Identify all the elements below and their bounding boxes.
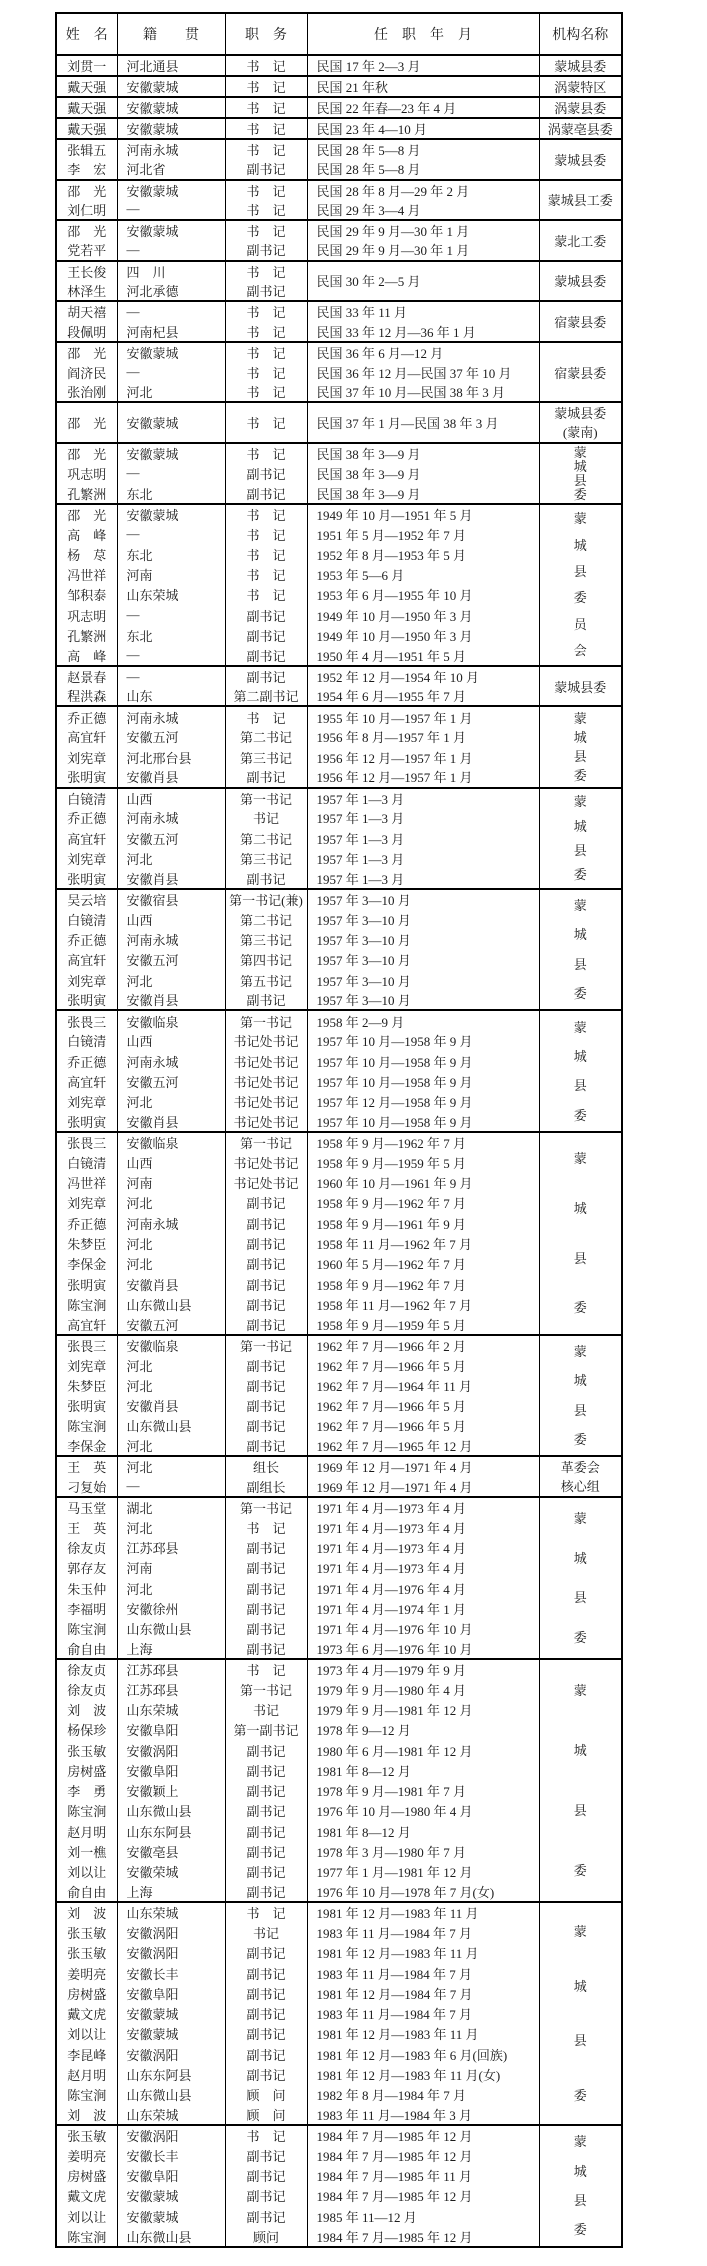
- name-cell: 朱梦臣: [56, 1375, 117, 1395]
- column-header-origin: 籍 贯: [117, 13, 225, 55]
- table-row: 冯世祥河南书 记1953 年 5—6 月: [56, 565, 622, 585]
- table-row: 张畏三安徽临泉第一书记1958 年 2—9 月蒙城县委: [56, 1010, 622, 1030]
- table-row: 杨保珍安徽阜阳第一副书记1978 年 9—12 月: [56, 1720, 622, 1740]
- name-cell: 刁复始: [56, 1477, 117, 1497]
- position-cell: 副书记: [225, 1639, 307, 1659]
- table-row: 张玉敏安徽涡阳书 记1984 年 7 月—1985 年 12 月蒙城县委: [56, 2125, 622, 2145]
- name-cell: 刘宪章: [56, 1355, 117, 1375]
- origin-cell: 安徽涡阳: [117, 1922, 225, 1942]
- origin-cell: 河北: [117, 1578, 225, 1598]
- org-vertical-label: 蒙城县委: [540, 789, 622, 886]
- name-cell: 张治刚: [56, 382, 117, 402]
- org-cell: 蒙城县委员会: [539, 504, 622, 666]
- name-cell: 邵 光: [56, 402, 117, 443]
- date-cell: 1957 年 3—10 月: [307, 950, 539, 970]
- table-row: 李昆峰安徽涡阳副书记1981 年 12 月—1983 年 6 月(回族): [56, 2044, 622, 2064]
- name-cell: 戴文虎: [56, 2186, 117, 2206]
- origin-cell: 东北: [117, 625, 225, 645]
- date-cell: 1981 年 12 月—1983 年 11 月: [307, 1943, 539, 1963]
- name-cell: 白镜清: [56, 1152, 117, 1172]
- name-cell: 俞自由: [56, 1882, 117, 1902]
- date-cell: 1983 年 11 月—1984 年 7 月: [307, 2003, 539, 2023]
- origin-cell: 安徽肖县: [117, 1395, 225, 1415]
- origin-cell: 山东微山县: [117, 1618, 225, 1638]
- name-cell: 陈宝涧: [56, 2085, 117, 2105]
- position-cell: 副书记: [225, 1314, 307, 1334]
- org-vertical-label: 蒙城县委: [540, 1661, 622, 1900]
- name-cell: 林泽生: [56, 281, 117, 301]
- name-cell: 房树盛: [56, 1983, 117, 2003]
- name-cell: 张畏三: [56, 1010, 117, 1030]
- position-cell: 副书记: [225, 1558, 307, 1578]
- name-cell: 冯世祥: [56, 565, 117, 585]
- origin-cell: 河南: [117, 565, 225, 585]
- origin-cell: 河北省: [117, 159, 225, 179]
- name-cell: 戴文虎: [56, 2003, 117, 2023]
- date-cell: 民国 38 年 3—9 月: [307, 484, 539, 504]
- table-row: 陈宝涧山东微山县副书记1976 年 10 月—1980 年 4 月: [56, 1801, 622, 1821]
- org-cell: 蒙城县委: [539, 1902, 622, 2125]
- date-cell: 1969 年 12 月—1971 年 4 月: [307, 1477, 539, 1497]
- origin-cell: 安徽长丰: [117, 2145, 225, 2165]
- table-row: 徐友贞江苏邳县书 记1973 年 4 月—1979 年 9 月蒙城县委: [56, 1659, 622, 1679]
- name-cell: 刘仁明: [56, 200, 117, 220]
- org-cell: 蒙城县委: [539, 139, 622, 180]
- position-cell: 副书记: [225, 240, 307, 260]
- position-cell: 书 记: [225, 139, 307, 159]
- date-cell: 1971 年 4 月—1976 年 4 月: [307, 1578, 539, 1598]
- name-cell: 戴天强: [56, 97, 117, 118]
- date-cell: 1957 年 1—3 月: [307, 869, 539, 889]
- table-row: 房树盛安徽阜阳副书记1981 年 12 月—1984 年 7 月: [56, 1983, 622, 2003]
- name-cell: 段佩明: [56, 321, 117, 341]
- date-cell: 1958 年 11 月—1962 年 7 月: [307, 1294, 539, 1314]
- name-cell: 刘宪章: [56, 848, 117, 868]
- name-cell: 张明寅: [56, 1112, 117, 1132]
- origin-cell: 安徽五河: [117, 828, 225, 848]
- name-cell: 张明寅: [56, 990, 117, 1010]
- date-cell: 1981 年 12 月—1983 年 11 月: [307, 1902, 539, 1922]
- org-vertical-label: 蒙城县委: [540, 1904, 622, 2123]
- name-cell: 高宜轩: [56, 1314, 117, 1334]
- name-cell: 陈宝涧: [56, 1801, 117, 1821]
- org-cell: 蒙城县委: [539, 788, 622, 889]
- position-cell: 书记处书记: [225, 1071, 307, 1091]
- table-row: 俞自由上海副书记1976 年 10 月—1978 年 7 月(女): [56, 1882, 622, 1902]
- date-cell: 1984 年 7 月—1985 年 11 月: [307, 2166, 539, 2186]
- name-cell: 李 勇: [56, 1781, 117, 1801]
- table-row: 白镜清山西第二书记1957 年 3—10 月: [56, 909, 622, 929]
- name-cell: 张畏三: [56, 1132, 117, 1152]
- position-cell: 第三书记: [225, 929, 307, 949]
- name-cell: 冯世祥: [56, 1173, 117, 1193]
- date-cell: 1976 年 10 月—1980 年 4 月: [307, 1801, 539, 1821]
- name-cell: 王 英: [56, 1517, 117, 1537]
- name-cell: 高宜轩: [56, 828, 117, 848]
- name-cell: 李保金: [56, 1436, 117, 1456]
- origin-cell: 江苏邳县: [117, 1679, 225, 1699]
- name-cell: 马玉堂: [56, 1497, 117, 1517]
- name-cell: 乔正德: [56, 1051, 117, 1071]
- position-cell: 副书记: [225, 767, 307, 787]
- origin-cell: 河北: [117, 970, 225, 990]
- name-cell: 乔正德: [56, 929, 117, 949]
- name-cell: 王长俊: [56, 261, 117, 281]
- date-cell: 民国 29 年 3—4 月: [307, 200, 539, 220]
- name-cell: 孔繁洲: [56, 625, 117, 645]
- table-row: 徐友贞江苏邳县第一书记1979 年 9 月—1980 年 4 月: [56, 1679, 622, 1699]
- table-row: 刘宪章河北副书记1958 年 9 月—1962 年 7 月: [56, 1193, 622, 1213]
- table-row: 张治刚河北书 记民国 37 年 10 月—民国 38 年 3 月: [56, 382, 622, 402]
- date-cell: 1971 年 4 月—1973 年 4 月: [307, 1558, 539, 1578]
- position-cell: 副书记: [225, 2186, 307, 2206]
- table-row: 王长俊四 川书 记民国 30 年 2—5 月蒙城县委: [56, 261, 622, 281]
- origin-cell: 河北: [117, 848, 225, 868]
- date-cell: 1957 年 3—10 月: [307, 889, 539, 909]
- table-row: 刘宪章河北第五书记1957 年 3—10 月: [56, 970, 622, 990]
- org-cell: 蒙城县委: [539, 1659, 622, 1902]
- name-cell: 刘一樵: [56, 1841, 117, 1861]
- name-cell: 刘宪章: [56, 1193, 117, 1213]
- origin-cell: 安徽荣城: [117, 1862, 225, 1882]
- header-row: 姓 名 籍 贯 职 务 任 职 年 月 机构名称: [56, 13, 622, 55]
- table-row: 王 英河北书 记1971 年 4 月—1973 年 4 月: [56, 1517, 622, 1537]
- position-cell: 书记处书记: [225, 1051, 307, 1071]
- org-cell: 蒙城县委: [539, 1497, 622, 1659]
- column-header-org: 机构名称: [539, 13, 622, 55]
- origin-cell: 河北通县: [117, 55, 225, 76]
- date-cell: 1969 年 12 月—1971 年 4 月: [307, 1456, 539, 1476]
- date-cell: 民国 29 年 9 月—30 年 1 月: [307, 240, 539, 260]
- table-row: 张明寅安徽肖县副书记1956 年 12 月—1957 年 1 月: [56, 767, 622, 787]
- org-cell: 宿蒙县委: [539, 301, 622, 342]
- date-cell: 民国 33 年 12 月—36 年 1 月: [307, 321, 539, 341]
- origin-cell: 河北: [117, 1092, 225, 1112]
- position-cell: 副书记: [225, 1294, 307, 1314]
- name-cell: 刘贯一: [56, 55, 117, 76]
- org-cell: 蒙城县委: [539, 443, 622, 504]
- position-cell: 副书记: [225, 2145, 307, 2165]
- position-cell: 副书记: [225, 1862, 307, 1882]
- origin-cell: 河北承德: [117, 281, 225, 301]
- name-cell: 白镜清: [56, 909, 117, 929]
- origin-cell: 安徽蒙城: [117, 2003, 225, 2023]
- origin-cell: 安徽蒙城: [117, 2186, 225, 2206]
- date-cell: 1956 年 12 月—1957 年 1 月: [307, 747, 539, 767]
- origin-cell: —: [117, 605, 225, 625]
- name-cell: 邵 光: [56, 342, 117, 362]
- position-cell: 副书记: [225, 2024, 307, 2044]
- origin-cell: 山东荣城: [117, 1902, 225, 1922]
- origin-cell: 河北: [117, 1233, 225, 1253]
- date-cell: 1976 年 10 月—1978 年 7 月(女): [307, 1882, 539, 1902]
- name-cell: 张玉敏: [56, 1943, 117, 1963]
- origin-cell: 山东荣城: [117, 585, 225, 605]
- table-row: 朱玉仲河北副书记1971 年 4 月—1976 年 4 月: [56, 1578, 622, 1598]
- date-cell: 1949 年 10 月—1950 年 3 月: [307, 605, 539, 625]
- date-cell: 1958 年 2—9 月: [307, 1010, 539, 1030]
- position-cell: 书 记: [225, 1517, 307, 1537]
- org-vertical-label: 蒙城县委员会: [540, 506, 622, 664]
- table-row: 巩志明—副书记1949 年 10 月—1950 年 3 月: [56, 605, 622, 625]
- origin-cell: 安徽颖上: [117, 1781, 225, 1801]
- position-cell: 书 记: [225, 97, 307, 118]
- date-cell: 1957 年 10 月—1958 年 9 月: [307, 1071, 539, 1091]
- position-cell: 第一书记: [225, 1010, 307, 1030]
- table-row: 刘贯一河北通县书 记民国 17 年 2—3 月蒙城县委: [56, 55, 622, 76]
- scanned-document-page: 姓 名 籍 贯 职 务 任 职 年 月 机构名称 刘贯一河北通县书 记民国 17…: [0, 0, 707, 2266]
- date-cell: 1953 年 5—6 月: [307, 565, 539, 585]
- table-row: 李保金河北副书记1960 年 5 月—1962 年 7 月: [56, 1254, 622, 1274]
- name-cell: 张明寅: [56, 1274, 117, 1294]
- table-row: 姜明亮安徽长丰副书记1983 年 11 月—1984 年 7 月: [56, 1963, 622, 1983]
- date-cell: 1983 年 11 月—1984 年 3 月: [307, 2105, 539, 2125]
- origin-cell: 上海: [117, 1882, 225, 1902]
- table-row: 孔繁洲东北副书记1949 年 10 月—1950 年 3 月: [56, 625, 622, 645]
- date-cell: 1982 年 8 月—1984 年 7 月: [307, 2085, 539, 2105]
- position-cell: 组长: [225, 1456, 307, 1476]
- table-row: 邵 光安徽蒙城书 记民国 36 年 6 月—12 月宿蒙县委: [56, 342, 622, 362]
- date-cell: 1949 年 10 月—1950 年 3 月: [307, 625, 539, 645]
- date-cell: 1981 年 8—12 月: [307, 1821, 539, 1841]
- position-cell: 书 记: [225, 301, 307, 321]
- position-cell: 副书记: [225, 1801, 307, 1821]
- table-row: 戴文虎安徽蒙城副书记1984 年 7 月—1985 年 12 月: [56, 2186, 622, 2206]
- name-cell: 高宜轩: [56, 1071, 117, 1091]
- date-cell: 1962 年 7 月—1966 年 5 月: [307, 1395, 539, 1415]
- position-cell: 副书记: [225, 2003, 307, 2023]
- org-label: 革委会核心组: [540, 1458, 622, 1496]
- origin-cell: 河南: [117, 1558, 225, 1578]
- position-cell: 副书记: [225, 159, 307, 179]
- table-row: 邵 光安徽蒙城书 记民国 29 年 9 月—30 年 1 月蒙北工委: [56, 220, 622, 240]
- date-cell: 1957 年 10 月—1958 年 9 月: [307, 1031, 539, 1051]
- name-cell: 程洪森: [56, 686, 117, 706]
- position-cell: 副书记: [225, 1355, 307, 1375]
- origin-cell: 河北: [117, 1355, 225, 1375]
- table-row: 阎济民—书 记民国 36 年 12 月—民国 37 年 10 月: [56, 362, 622, 382]
- table-row: 刘以让安徽荣城副书记1977 年 1 月—1981 年 12 月: [56, 1862, 622, 1882]
- origin-cell: 河南永城: [117, 139, 225, 159]
- origin-cell: 安徽肖县: [117, 1274, 225, 1294]
- origin-cell: 山东微山县: [117, 2226, 225, 2246]
- name-cell: 邹积泰: [56, 585, 117, 605]
- position-cell: 第三书记: [225, 747, 307, 767]
- name-cell: 李福明: [56, 1598, 117, 1618]
- table-row: 戴天强安徽蒙城书 记民国 23 年 4—10 月涡蒙亳县委: [56, 118, 622, 139]
- date-cell: 1981 年 12 月—1983 年 11 月: [307, 2024, 539, 2044]
- table-row: 张明寅安徽肖县副书记1957 年 3—10 月: [56, 990, 622, 1010]
- date-cell: 1956 年 8 月—1957 年 1 月: [307, 727, 539, 747]
- name-cell: 高 峰: [56, 524, 117, 544]
- date-cell: 1979 年 9 月—1980 年 4 月: [307, 1679, 539, 1699]
- origin-cell: 安徽蒙城: [117, 402, 225, 443]
- origin-cell: 安徽肖县: [117, 1112, 225, 1132]
- table-row: 高宜轩安徽五河第四书记1957 年 3—10 月: [56, 950, 622, 970]
- origin-cell: 安徽临泉: [117, 1132, 225, 1152]
- table-row: 程洪森山东第二副书记1954 年 6 月—1955 年 7 月: [56, 686, 622, 706]
- date-cell: 1984 年 7 月—1985 年 12 月: [307, 2186, 539, 2206]
- origin-cell: 山东微山县: [117, 1801, 225, 1821]
- name-cell: 张畏三: [56, 1335, 117, 1355]
- position-cell: 第一副书记: [225, 1720, 307, 1740]
- origin-cell: 安徽蒙城: [117, 220, 225, 240]
- origin-cell: 上海: [117, 1639, 225, 1659]
- date-cell: 1984 年 7 月—1985 年 12 月: [307, 2226, 539, 2246]
- table-row: 张明寅安徽肖县副书记1962 年 7 月—1966 年 5 月: [56, 1395, 622, 1415]
- position-cell: 第二书记: [225, 727, 307, 747]
- date-cell: 1949 年 10 月—1951 年 5 月: [307, 504, 539, 524]
- table-row: 马玉堂湖北第一书记1971 年 4 月—1973 年 4 月蒙城县委: [56, 1497, 622, 1517]
- origin-cell: 安徽阜阳: [117, 2166, 225, 2186]
- position-cell: 书 记: [225, 585, 307, 605]
- name-cell: 高 峰: [56, 646, 117, 666]
- table-row: 白镜清山西第一书记1957 年 1—3 月蒙城县委: [56, 788, 622, 808]
- org-cell: 蒙城县委: [539, 1335, 622, 1457]
- org-vertical-label: 蒙城县委: [540, 891, 622, 1009]
- position-cell: 副书记: [225, 1943, 307, 1963]
- origin-cell: —: [117, 301, 225, 321]
- date-cell: 1983 年 11 月—1984 年 7 月: [307, 1922, 539, 1942]
- position-cell: 书 记: [225, 504, 307, 524]
- origin-cell: 山东微山县: [117, 1294, 225, 1314]
- position-cell: 书 记: [225, 76, 307, 97]
- table-row: 郭存友河南副书记1971 年 4 月—1973 年 4 月: [56, 1558, 622, 1578]
- position-cell: 副书记: [225, 1578, 307, 1598]
- name-cell: 刘以让: [56, 2024, 117, 2044]
- position-cell: 书 记: [225, 362, 307, 382]
- name-cell: 党若平: [56, 240, 117, 260]
- position-cell: 第一书记: [225, 1335, 307, 1355]
- org-cell: 涡蒙县委: [539, 97, 622, 118]
- name-cell: 高宜轩: [56, 727, 117, 747]
- origin-cell: 河北: [117, 382, 225, 402]
- name-cell: 徐友贞: [56, 1659, 117, 1679]
- date-cell: 民国 33 年 11 月: [307, 301, 539, 321]
- origin-cell: 山东: [117, 686, 225, 706]
- table-row: 邵 光安徽蒙城书 记民国 37 年 1 月—民国 38 年 3 月蒙城县委(蒙南…: [56, 402, 622, 443]
- org-cell: 蒙城县委(蒙南): [539, 402, 622, 443]
- origin-cell: 山东东阿县: [117, 1821, 225, 1841]
- date-cell: 民国 28 年 8 月—29 年 2 月: [307, 180, 539, 200]
- table-row: 乔正德河南永城副书记1958 年 9 月—1961 年 9 月: [56, 1213, 622, 1233]
- origin-cell: 河南杞县: [117, 321, 225, 341]
- date-cell: 民国 29 年 9 月—30 年 1 月: [307, 220, 539, 240]
- origin-cell: 河南: [117, 1173, 225, 1193]
- origin-cell: —: [117, 1477, 225, 1497]
- origin-cell: 安徽五河: [117, 1071, 225, 1091]
- date-cell: 民国 22 年春—23 年 4 月: [307, 97, 539, 118]
- table-row: 刘 波山东荣城书 记1981 年 12 月—1983 年 11 月蒙城县委: [56, 1902, 622, 1922]
- position-cell: 第二书记: [225, 909, 307, 929]
- position-cell: 副书记: [225, 1821, 307, 1841]
- org-cell: 涡蒙特区: [539, 76, 622, 97]
- position-cell: 副书记: [225, 1841, 307, 1861]
- date-cell: 1962 年 7 月—1965 年 12 月: [307, 1436, 539, 1456]
- position-cell: 第四书记: [225, 950, 307, 970]
- date-cell: 1951 年 5 月—1952 年 7 月: [307, 524, 539, 544]
- name-cell: 陈宝涧: [56, 2226, 117, 2246]
- table-row: 刘仁明—书 记民国 29 年 3—4 月: [56, 200, 622, 220]
- position-cell: 副书记: [225, 463, 307, 483]
- name-cell: 邵 光: [56, 220, 117, 240]
- date-cell: 1960 年 5 月—1962 年 7 月: [307, 1254, 539, 1274]
- position-cell: 副书记: [225, 605, 307, 625]
- date-cell: 1962 年 7 月—1966 年 5 月: [307, 1355, 539, 1375]
- position-cell: 副书记: [225, 1760, 307, 1780]
- org-cell: 宿蒙县委: [539, 342, 622, 403]
- table-row: 张玉敏安徽涡阳副书记1980 年 6 月—1981 年 12 月: [56, 1740, 622, 1760]
- name-cell: 白镜清: [56, 1031, 117, 1051]
- name-cell: 王 英: [56, 1456, 117, 1476]
- name-cell: 张明寅: [56, 767, 117, 787]
- date-cell: 1952 年 12 月—1954 年 10 月: [307, 666, 539, 686]
- name-cell: 邵 光: [56, 180, 117, 200]
- table-row: 高宜轩安徽五河书记处书记1957 年 10 月—1958 年 9 月: [56, 1071, 622, 1091]
- name-cell: 胡天禧: [56, 301, 117, 321]
- date-cell: 1957 年 1—3 月: [307, 848, 539, 868]
- origin-cell: 安徽五河: [117, 950, 225, 970]
- table-row: 刘宪章河北书记处书记1957 年 12 月—1958 年 9 月: [56, 1092, 622, 1112]
- table-row: 高宜轩安徽五河第二书记1957 年 1—3 月: [56, 828, 622, 848]
- origin-cell: 河北邢台县: [117, 747, 225, 767]
- origin-cell: 山西: [117, 1152, 225, 1172]
- position-cell: 第一书记: [225, 1497, 307, 1517]
- origin-cell: 河北: [117, 1193, 225, 1213]
- date-cell: 1957 年 1—3 月: [307, 828, 539, 848]
- origin-cell: —: [117, 646, 225, 666]
- date-cell: 1971 年 4 月—1973 年 4 月: [307, 1497, 539, 1517]
- date-cell: 民国 38 年 3—9 月: [307, 463, 539, 483]
- position-cell: 顾 问: [225, 2105, 307, 2125]
- origin-cell: 安徽蒙城: [117, 342, 225, 362]
- position-cell: 副书记: [225, 869, 307, 889]
- origin-cell: 安徽五河: [117, 727, 225, 747]
- table-row: 李保金河北副书记1962 年 7 月—1965 年 12 月: [56, 1436, 622, 1456]
- name-cell: 刘 波: [56, 1902, 117, 1922]
- date-cell: 1957 年 3—10 月: [307, 909, 539, 929]
- table-row: 陈宝涧山东微山县副书记1958 年 11 月—1962 年 7 月: [56, 1294, 622, 1314]
- org-vertical-label: 蒙城县委: [540, 1012, 622, 1130]
- origin-cell: 山东微山县: [117, 2085, 225, 2105]
- date-cell: 1955 年 10 月—1957 年 1 月: [307, 706, 539, 726]
- table-row: 俞自由上海副书记1973 年 6 月—1976 年 10 月: [56, 1639, 622, 1659]
- org-cell: 蒙城县委: [539, 1132, 622, 1335]
- name-cell: 孔繁洲: [56, 484, 117, 504]
- name-cell: 刘宪章: [56, 747, 117, 767]
- position-cell: 书 记: [225, 382, 307, 402]
- position-cell: 副书记: [225, 1274, 307, 1294]
- date-cell: 民国 36 年 6 月—12 月: [307, 342, 539, 362]
- date-cell: 1978 年 9—12 月: [307, 1720, 539, 1740]
- table-row: 张玉敏安徽涡阳书记1983 年 11 月—1984 年 7 月: [56, 1922, 622, 1942]
- date-cell: 民国 23 年 4—10 月: [307, 118, 539, 139]
- name-cell: 阎济民: [56, 362, 117, 382]
- position-cell: 副书记: [225, 2206, 307, 2226]
- origin-cell: 安徽阜阳: [117, 1720, 225, 1740]
- officials-table: 姓 名 籍 贯 职 务 任 职 年 月 机构名称 刘贯一河北通县书 记民国 17…: [55, 12, 623, 2248]
- date-cell: 1957 年 1—3 月: [307, 788, 539, 808]
- table-row: 白镜清山西书记处书记1958 年 9 月—1959 年 5 月: [56, 1152, 622, 1172]
- name-cell: 姜明亮: [56, 2145, 117, 2165]
- position-cell: 副书记: [225, 1375, 307, 1395]
- table-row: 张玉敏安徽涡阳副书记1981 年 12 月—1983 年 11 月: [56, 1943, 622, 1963]
- position-cell: 书记处书记: [225, 1092, 307, 1112]
- table-row: 高宜轩安徽五河第二书记1956 年 8 月—1957 年 1 月: [56, 727, 622, 747]
- org-cell: 蒙城县委: [539, 889, 622, 1011]
- table-row: 乔正德河南永城书 记1955 年 10 月—1957 年 1 月蒙城县委: [56, 706, 622, 726]
- date-cell: 1954 年 6 月—1955 年 7 月: [307, 686, 539, 706]
